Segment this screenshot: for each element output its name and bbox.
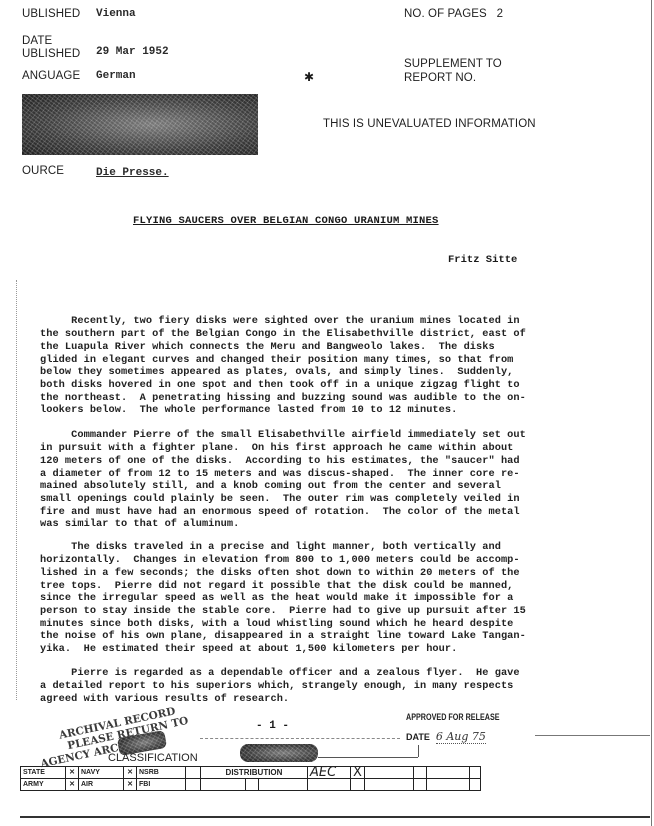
classification-redaction (240, 744, 318, 762)
margin-dots (16, 280, 18, 700)
dist-navy-check: ✕ (124, 767, 137, 779)
text-line: in pursuit with a fighter plane. On his … (40, 442, 560, 455)
text-line: Recently, two fiery disks were sighted o… (40, 315, 560, 328)
dist-fbi: FBI (137, 779, 186, 791)
text-line: The disks traveled in a precise and ligh… (40, 541, 560, 554)
text-line: Pierre is regarded as a dependable offic… (40, 667, 560, 680)
dist-air: AIR (79, 779, 124, 791)
no-of-pages-value: 2 (497, 8, 504, 20)
text-line: horizontally. Changes in elevation from … (40, 554, 560, 567)
article-author: Fritz Sitte (448, 254, 517, 266)
source-label: OURCE (22, 165, 64, 177)
text-line: lished in a few seconds; the disks often… (40, 567, 560, 580)
dist-navy: NAVY (79, 767, 124, 779)
dist-blank-4 (426, 767, 469, 779)
dist-blank-3 (413, 767, 426, 779)
dist-blank-9 (259, 779, 308, 791)
text-line: a diameter of from 12 to 15 meters and w… (40, 468, 560, 481)
text-line: person to stay inside the stable core. P… (40, 605, 560, 618)
release-date-label: DATE (406, 732, 430, 742)
text-line: tree tops. Pierre did not regard it poss… (40, 580, 560, 593)
dist-blank-2 (364, 767, 413, 779)
text-line: the Luapula River which connects the Mer… (40, 341, 560, 354)
unevaluated-notice: THIS IS UNEVALUATED INFORMATION (323, 118, 536, 130)
text-line: since the irregular speed as well as the… (40, 592, 560, 605)
text-line: below they sometimes appeared as plates,… (40, 366, 560, 379)
date-published-label: DATE UBLISHED (22, 35, 80, 61)
text-line: agreed with various results of research. (40, 693, 560, 706)
release-date-value: 6 Aug 75 (436, 730, 486, 744)
dist-aec: AEC (308, 767, 351, 779)
paragraph-4: Pierre is regarded as a dependable offic… (40, 642, 560, 718)
classification-label: CLASSIFICATION (108, 752, 198, 764)
dist-blank-10 (308, 779, 351, 791)
text-line: glided in elegant curves and changed the… (40, 354, 560, 367)
published-value: Vienna (96, 8, 136, 20)
dist-blank-8 (246, 779, 259, 791)
page-number: - 1 - (256, 720, 289, 732)
release-date: DATE 6 Aug 75 (406, 727, 486, 745)
text-line: a detailed report to his superiors which… (40, 680, 560, 693)
classification-rule (200, 738, 400, 739)
dist-blank-11 (351, 779, 365, 791)
dist-air-check: ✕ (124, 779, 137, 791)
release-date-rule (535, 735, 650, 736)
dist-blank-7 (201, 779, 246, 791)
supplement-to-report: SUPPLEMENT TO REPORT NO. (404, 57, 502, 85)
page-edge-line (651, 0, 652, 826)
text-line: small openings could plainly be seen. Th… (40, 493, 560, 506)
date-label-line1: DATE (22, 35, 80, 48)
approved-for-release-label: APPROVED FOR RELEASE (406, 712, 500, 722)
classification-tick (418, 745, 419, 757)
text-line: the northeast. A penetrating hissing and… (40, 392, 560, 405)
supplement-line1: SUPPLEMENT TO (404, 57, 502, 71)
dist-blank-13 (413, 779, 426, 791)
article-title: FLYING SAUCERS OVER BELGIAN CONGO URANIU… (133, 215, 439, 227)
dist-state-check: ✕ (66, 767, 79, 779)
dist-blank-1 (186, 767, 201, 779)
distribution-table: STATE ✕ NAVY ✕ NSRB DISTRIBUTION AEC X A… (20, 766, 481, 791)
text-line: the southern part of the Belgian Congo i… (40, 328, 560, 341)
date-published-value: 29 Mar 1952 (96, 46, 169, 58)
dist-army: ARMY (21, 779, 66, 791)
bottom-rule (20, 816, 650, 818)
date-label-line2: UBLISHED (22, 48, 80, 61)
text-line: both disks hovered in one spot and then … (40, 379, 560, 392)
text-line: mained absolutely still, and a knob comi… (40, 480, 560, 493)
dist-aec-check: X (351, 767, 365, 779)
text-line: 120 meters of one of the disks. Accordin… (40, 455, 560, 468)
published-label: UBLISHED (22, 8, 80, 20)
dist-blank-5 (469, 767, 480, 779)
language-label: ANGUAGE (22, 70, 80, 82)
no-of-pages-text: NO. OF PAGES (404, 8, 487, 20)
dist-state: STATE (21, 767, 66, 779)
dist-nsrb: NSRB (137, 767, 186, 779)
dist-blank-15 (469, 779, 480, 791)
dist-blank-6 (186, 779, 201, 791)
source-value: Die Presse. (96, 167, 169, 179)
redacted-block (22, 94, 258, 155)
asterisk-mark: ✱ (304, 70, 314, 85)
dist-army-check: ✕ (66, 779, 79, 791)
language-value: German (96, 70, 136, 82)
no-of-pages-label: NO. OF PAGES 2 (404, 8, 503, 20)
dist-blank-12 (364, 779, 413, 791)
text-line: Commander Pierre of the small Elisabethv… (40, 429, 560, 442)
classification-underline (318, 757, 418, 758)
dist-blank-14 (426, 779, 469, 791)
text-line: minutes since both disks, with a loud wh… (40, 618, 560, 631)
supplement-line2: REPORT NO. (404, 71, 502, 85)
dist-header: DISTRIBUTION (201, 767, 308, 779)
